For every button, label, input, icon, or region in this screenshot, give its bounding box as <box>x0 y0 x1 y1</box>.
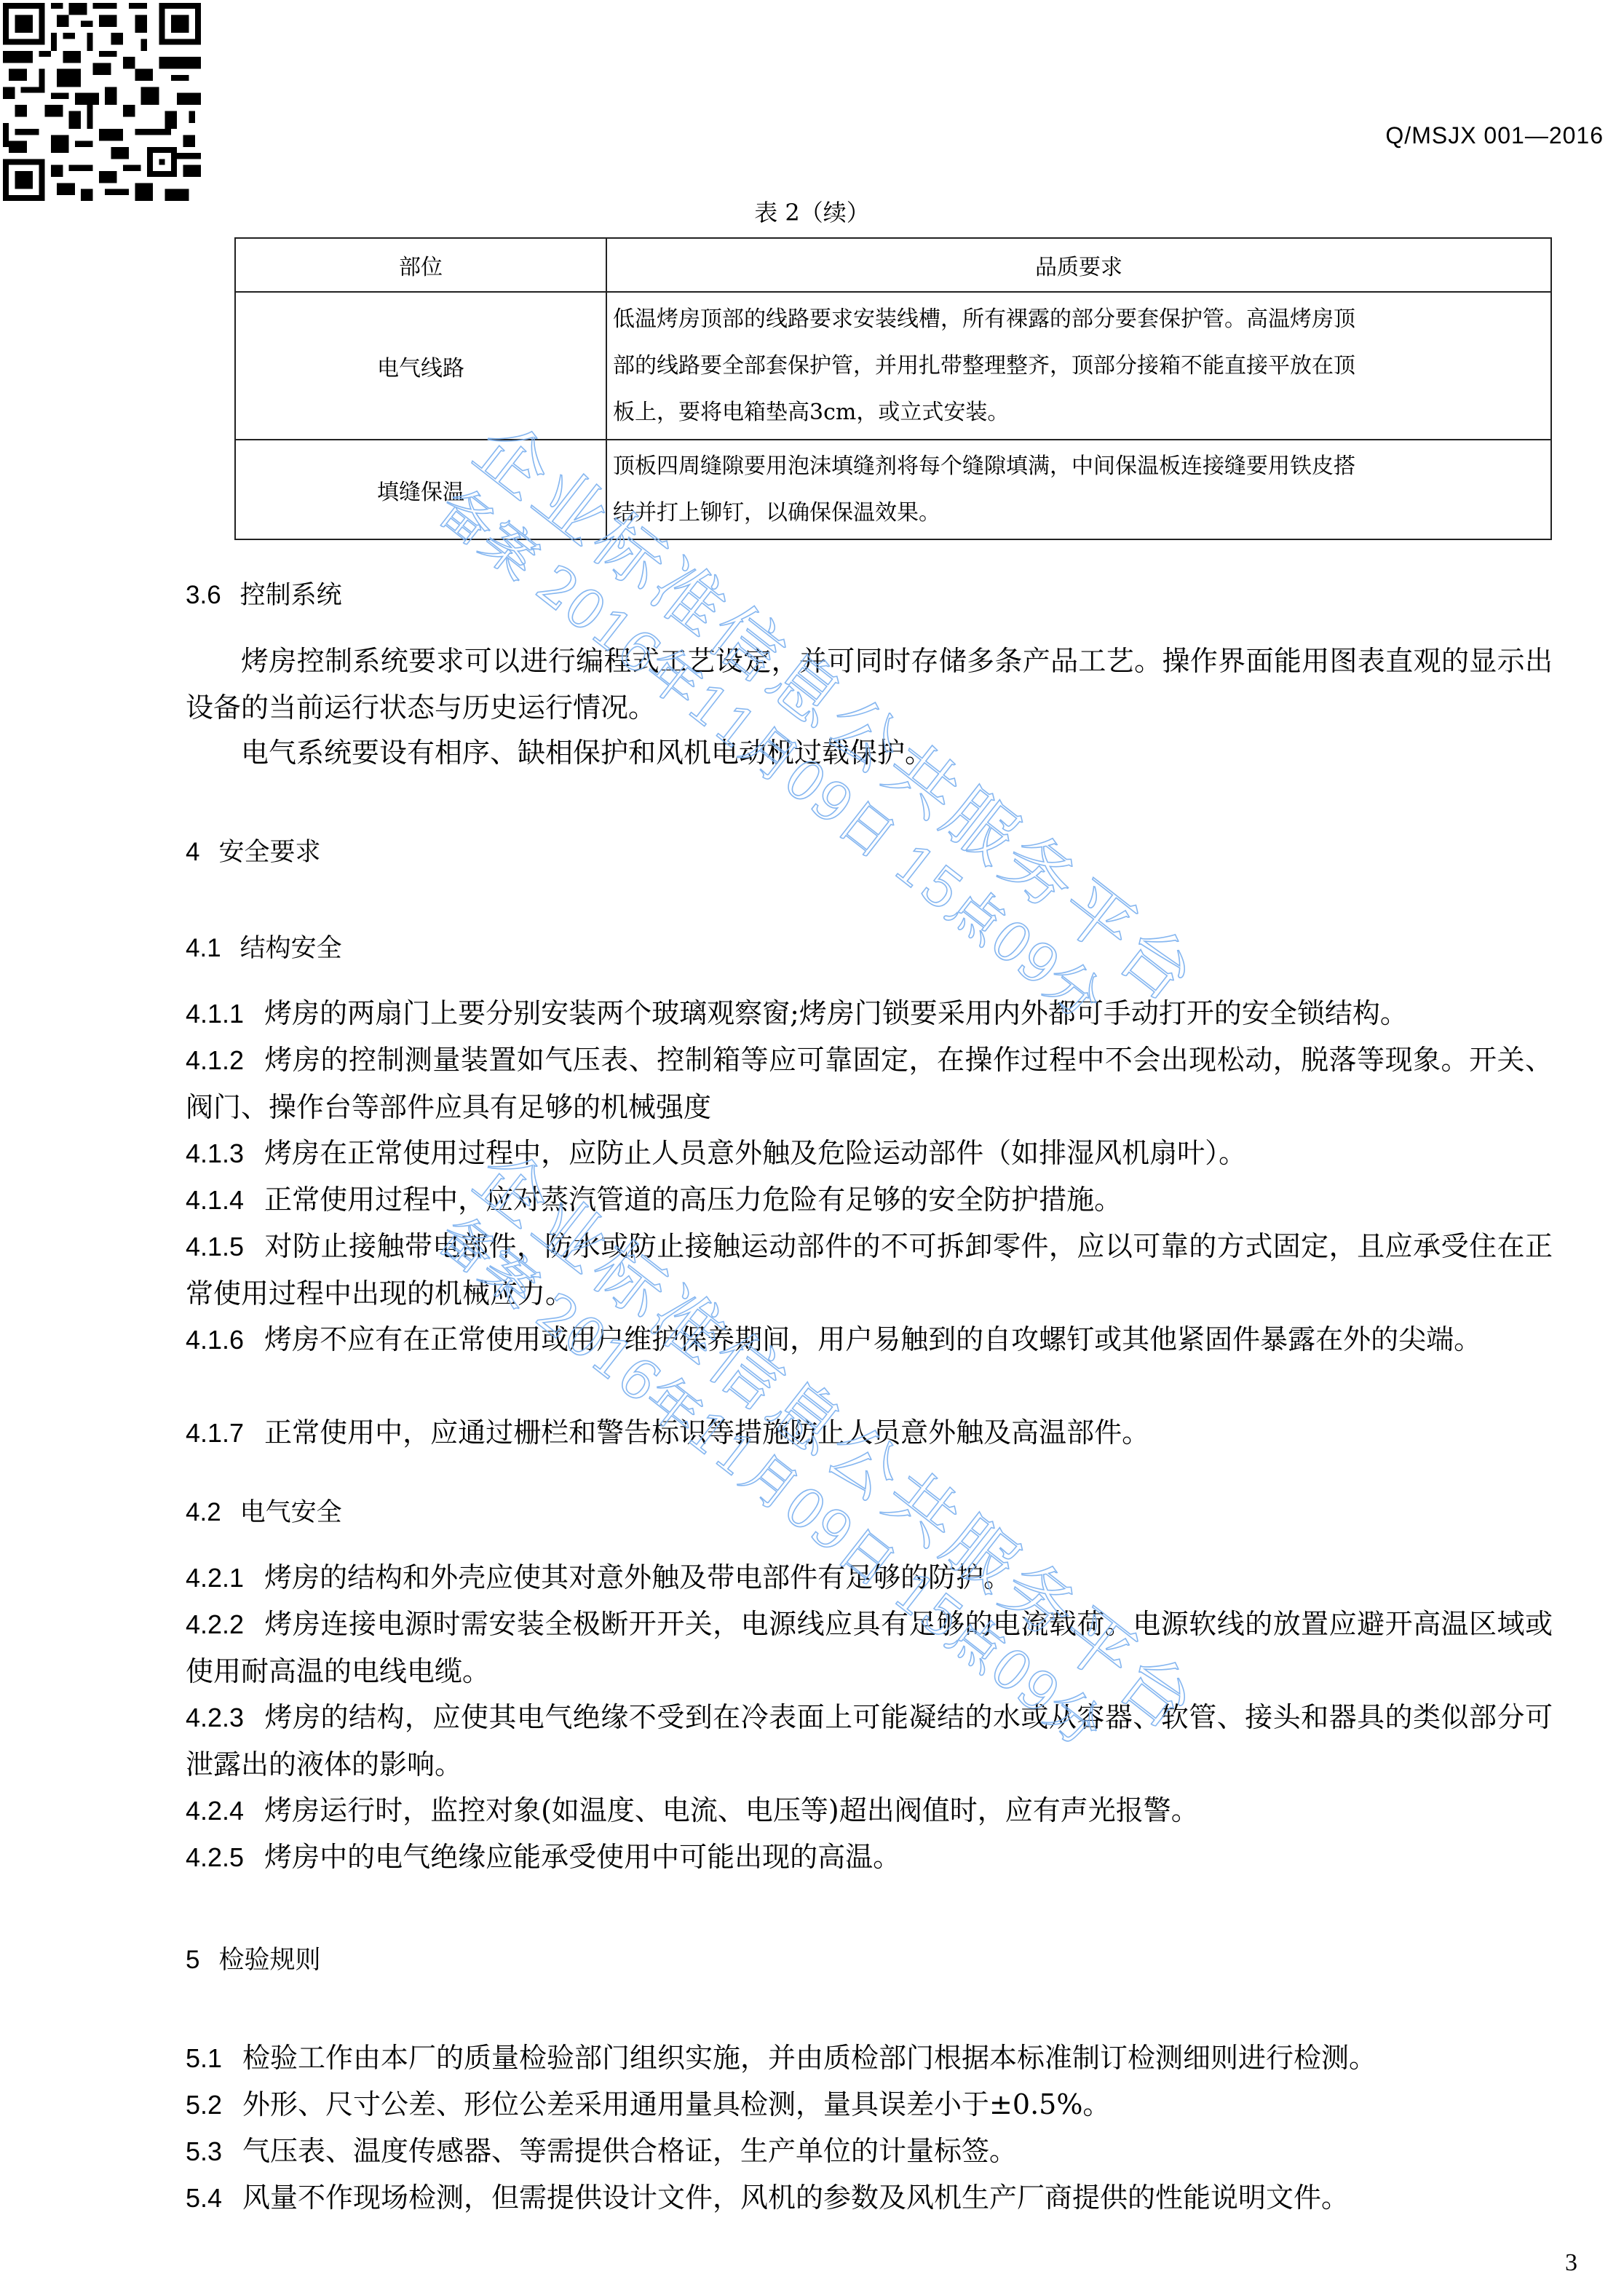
column-header-quality: 品质要求 <box>606 238 1551 292</box>
paragraph: 烤房控制系统要求可以进行编程式工艺设定，并可同时存储多条产品工艺。操作界面能用图… <box>186 638 1553 731</box>
table-cell-requirement: 低温烤房顶部的线路要求安装线槽，所有裸露的部分要套保护管。高温烤房顶 部的线路要… <box>606 292 1551 440</box>
section-heading-5: 5检验规则 <box>186 1940 320 1976</box>
clause-4-2-4: 4.2.4烤房运行时，监控对象(如温度、电流、电压等)超出阀值时，应有声光报警。 <box>186 1787 1553 1834</box>
clause-4-1-3: 4.1.3烤房在正常使用过程中，应防止人员意外触及危险运动部件（如排湿风机扇叶）… <box>186 1130 1553 1177</box>
table-cell-requirement: 顶板四周缝隙要用泡沫填缝剂将每个缝隙填满，中间保温板连接缝要用铁皮搭 结并打上铆… <box>606 440 1551 539</box>
clause-4-2-5: 4.2.5烤房中的电气绝缘应能承受使用中可能出现的高温。 <box>186 1834 1553 1881</box>
table-header-row: 部位 品质要求 <box>235 238 1551 292</box>
standard-code: Q/MSJX 001—2016 <box>1385 122 1604 149</box>
clause-5-3: 5.3气压表、温度传感器、等需提供合格证，生产单位的计量标签。 <box>186 2128 1553 2175</box>
requirement-line: 顶板四周缝隙要用泡沫填缝剂将每个缝隙填满，中间保温板连接缝要用铁皮搭 <box>613 443 1545 490</box>
table-row: 电气线路 低温烤房顶部的线路要求安装线槽，所有裸露的部分要套保护管。高温烤房顶 … <box>235 292 1551 440</box>
clause-4-1-5: 4.1.5对防止接触带电部件，防水或防止接触运动部件的不可拆卸零件，应以可靠的方… <box>186 1223 1553 1317</box>
requirement-line: 结并打上铆钉，以确保保温效果。 <box>613 490 1545 536</box>
paragraph: 电气系统要设有相序、缺相保护和风机电动机过载保护。 <box>186 729 1553 776</box>
section-heading-4-1: 4.1结构安全 <box>186 928 342 964</box>
clause-4-1-2: 4.1.2烤房的控制测量装置如气压表、控制箱等应可靠固定，在操作过程中不会出现松… <box>186 1037 1553 1130</box>
requirement-line: 板上，要将电箱垫高3cm，或立式安装。 <box>613 389 1545 436</box>
section-heading-4: 4安全要求 <box>186 832 320 868</box>
clause-5-1: 5.1检验工作由本厂的质量检验部门组织实施，并由质检部门根据本标准制订检测细则进… <box>186 2035 1553 2082</box>
requirement-line: 部的线路要全部套保护管，并用扎带整理整齐，顶部分接箱不能直接平放在顶 <box>613 343 1545 389</box>
clause-4-1-6: 4.1.6烤房不应有在正常使用或用户维护保养期间，用户易触到的自攻螺钉或其他紧固… <box>186 1316 1553 1363</box>
requirement-line: 低温烤房顶部的线路要求安装线槽，所有裸露的部分要套保护管。高温烤房顶 <box>613 296 1545 343</box>
quality-requirements-table: 部位 品质要求 电气线路 低温烤房顶部的线路要求安装线槽，所有裸露的部分要套保护… <box>234 237 1552 540</box>
clause-4-2-3: 4.2.3烤房的结构，应使其电气绝缘不受到在冷表面上可能凝结的水或从容器、软管、… <box>186 1694 1553 1788</box>
page-number: 3 <box>1565 2249 1577 2277</box>
column-header-part: 部位 <box>235 238 606 292</box>
clause-4-2-2: 4.2.2烤房连接电源时需安装全极断开开关，电源线应具有足够的电流载荷。电源软线… <box>186 1601 1553 1695</box>
clause-4-1-1: 4.1.1烤房的两扇门上要分别安装两个玻璃观察窗;烤房门锁要采用内外都可手动打开… <box>186 990 1553 1037</box>
clause-4-1-7: 4.1.7正常使用中，应通过栅栏和警告标识等措施防止人员意外触及高温部件。 <box>186 1409 1553 1457</box>
clause-4-2-1: 4.2.1烤房的结构和外壳应使其对意外触及带电部件有足够的防护。 <box>186 1554 1553 1601</box>
section-heading-3-6: 3.6控制系统 <box>186 575 342 611</box>
table-cell-part: 电气线路 <box>235 292 606 440</box>
qr-code-icon <box>3 3 201 201</box>
table-caption: 表 2（续） <box>0 194 1624 228</box>
clause-5-4: 5.4风量不作现场检测，但需提供设计文件，风机的参数及风机生产厂商提供的性能说明… <box>186 2174 1553 2222</box>
clause-4-1-4: 4.1.4正常使用过程中，应对蒸汽管道的高压力危险有足够的安全防护措施。 <box>186 1176 1553 1224</box>
table-row: 填缝保温 顶板四周缝隙要用泡沫填缝剂将每个缝隙填满，中间保温板连接缝要用铁皮搭 … <box>235 440 1551 539</box>
clause-5-2: 5.2外形、尺寸公差、形位公差采用通用量具检测，量具误差小于±0.5%。 <box>186 2081 1553 2128</box>
table-cell-part: 填缝保温 <box>235 440 606 539</box>
section-heading-4-2: 4.2电气安全 <box>186 1492 342 1529</box>
